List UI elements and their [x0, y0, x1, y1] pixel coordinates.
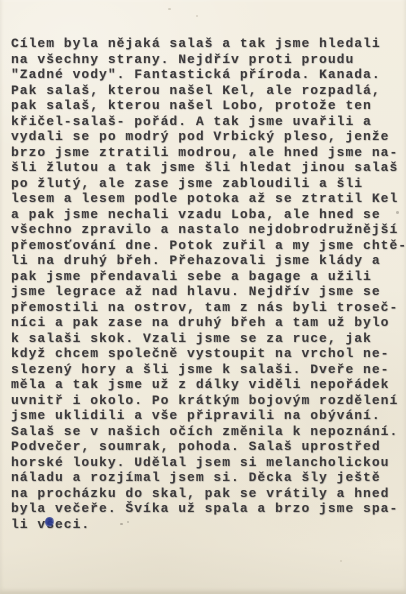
text-line: Podvečer, soumrak, pohoda. Salaš uprostř…	[11, 439, 404, 455]
text-line: slezený hory a šli jsme k salaši. Dveře …	[11, 362, 404, 378]
text-line: Salaš se v našich očích změnila k nepozn…	[11, 424, 404, 440]
paper-speck	[340, 560, 342, 562]
text-line: vydali se po modrý pod Vrbický pleso, je…	[11, 129, 404, 145]
text-line: jsme legrace až nad hlavu. Nejdřív jsme …	[11, 284, 404, 300]
text-line: Pak salaš, kterou našel Kel, ale rozpadl…	[11, 83, 404, 99]
text-line: brzo jsme ztratili modrou, ale hned jsme…	[11, 145, 404, 161]
text-line: uvnitř i okolo. Po krátkým bojovým rozdě…	[11, 393, 404, 409]
text-line: horské louky. Udělal jsem si melancholic…	[11, 455, 404, 471]
typewritten-page: Cílem byla nějaká salaš a tak jsme hleda…	[0, 0, 406, 594]
text-line: křičel-salaš- pořád. A tak jsme uvařili …	[11, 114, 404, 130]
text-line: Cílem byla nějaká salaš a tak jsme hleda…	[11, 36, 404, 52]
text-line: když chcem společně vystoupit na vrchol …	[11, 346, 404, 362]
text-line: byla večeře. Švíka už spala a brzo jsme …	[11, 501, 404, 517]
text-line: přemostili na ostrov, tam z nás byli tro…	[11, 300, 404, 316]
text-line: li všeci.	[11, 517, 404, 533]
text-line: "Zadné vody". Fantastická příroda. Kanad…	[11, 67, 404, 83]
text-line: měla a tak jsme už z dálky viděli nepořá…	[11, 377, 404, 393]
text-line: všechno zpravilo a nastalo nejdobrodružn…	[11, 222, 404, 238]
paper-speck	[168, 8, 171, 10]
paper-speck	[196, 15, 198, 17]
text-line: pak salaš, kterou našel Lobo, protože te…	[11, 98, 404, 114]
typewritten-text: Cílem byla nějaká salaš a tak jsme hleda…	[11, 36, 404, 532]
text-line: k salaši skok. Vzali jsme se za ruce, ja…	[11, 331, 404, 347]
text-line: li na druhý břeh. Přehazovali jsme klády…	[11, 253, 404, 269]
text-line: šli žlutou a tak jsme šli hledat jinou s…	[11, 160, 404, 176]
text-line: na všechny strany. Nejdřív proti proudu	[11, 52, 404, 68]
text-line: po žlutý, ale zase jsme zabloudili a šli	[11, 176, 404, 192]
text-line: přemosťování dne. Potok zuřil a my jsme …	[11, 238, 404, 254]
text-line: níci a pak zase na druhý břeh a tam už b…	[11, 315, 404, 331]
text-line: pak jsme přendavali sebe a bagage a užil…	[11, 269, 404, 285]
text-line: jsme uklidili a vše připravili na obýván…	[11, 408, 404, 424]
text-line: náladu a rozjímal jsem si. Děcka šly ješ…	[11, 470, 404, 486]
text-line: na procházku do skal, pak se vrátily a h…	[11, 486, 404, 502]
text-line: a pak jsme nechali vzadu Loba, ale hned …	[11, 207, 404, 223]
text-line: lesem a lesem podle potoka až se ztratil…	[11, 191, 404, 207]
